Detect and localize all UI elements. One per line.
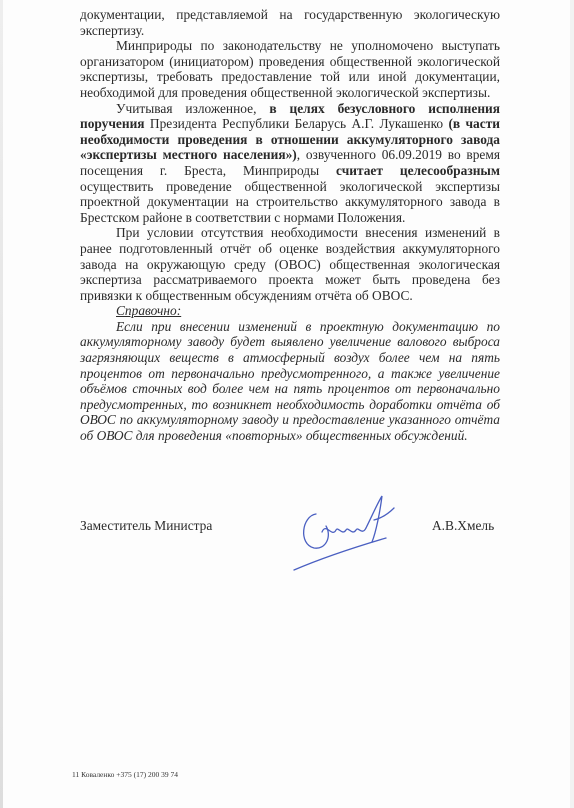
paragraph-ovos-condition: При условии отсутствия необходимости вне… [80, 225, 500, 303]
scan-edge-left [0, 0, 3, 808]
footer-contact: 11 Коваленко +375 (17) 200 39 74 [72, 770, 178, 779]
text-run: Президента Республики Беларусь А.Г. Лука… [145, 116, 449, 131]
document-body: документации, представляемой на государс… [80, 0, 500, 444]
paragraph-ministry-authority: Минприроды по законодательству не уполно… [80, 38, 500, 100]
signature-block: Заместитель Министра А.В.Хмель [80, 512, 500, 572]
scan-edge-right [570, 0, 574, 808]
bold-text-run: считает целесообразным [336, 163, 500, 178]
reference-label: Справочно: [116, 303, 500, 319]
paragraph-president-order: Учитывая изложенное, в целях безусловног… [80, 101, 500, 226]
text-run: Учитывая изложенное, [116, 101, 269, 116]
signatory-role: Заместитель Министра [80, 518, 212, 534]
text-run: осуществить проведение общественной экол… [80, 179, 500, 225]
paragraph-continuation: документации, представляемой на государс… [80, 7, 500, 38]
signatory-name: А.В.Хмель [432, 518, 494, 534]
reference-paragraph: Если при внесении изменений в проектную … [80, 319, 500, 444]
handwritten-signature-icon [292, 492, 402, 572]
